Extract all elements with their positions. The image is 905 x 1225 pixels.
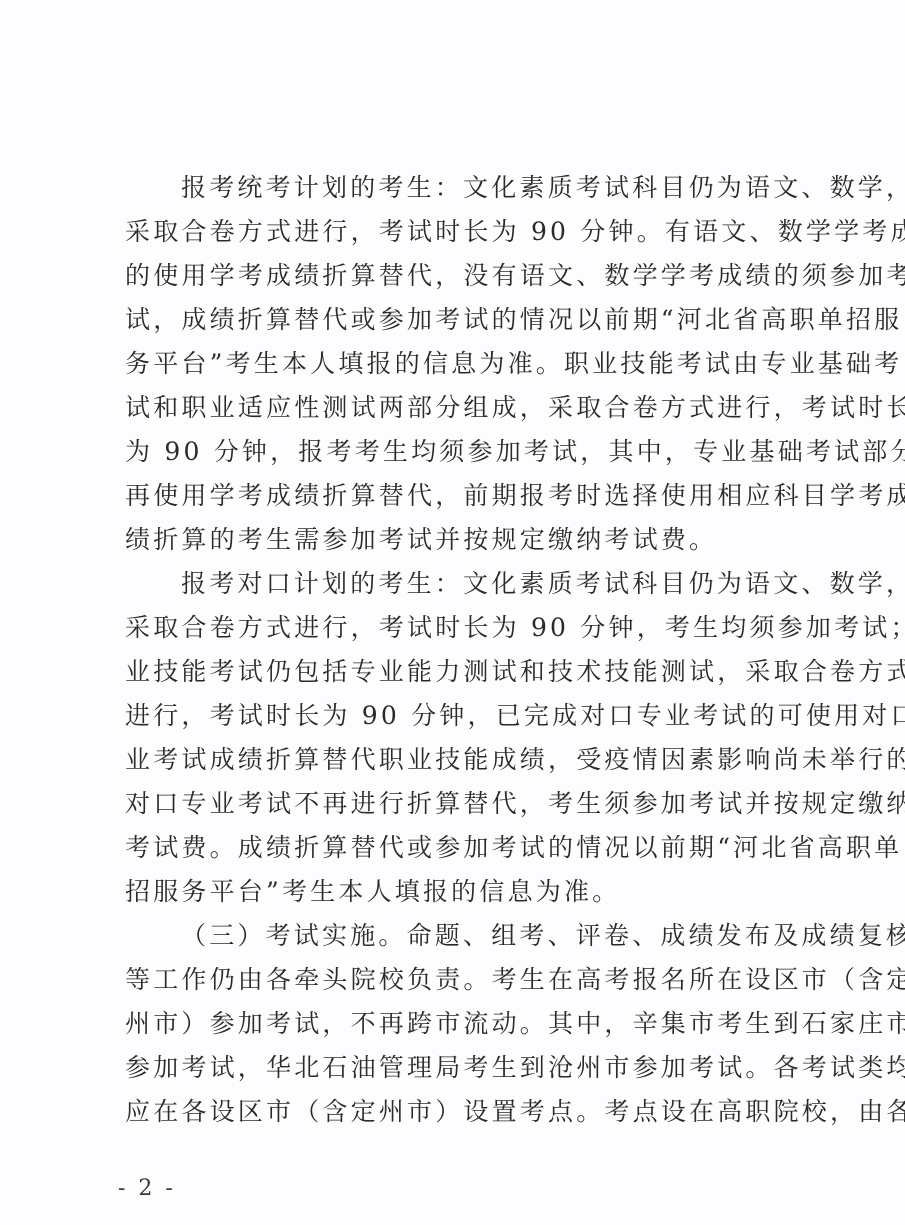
- text-line: 报考统考计划的考生：文化素质考试科目仍为语文、数学，: [125, 166, 789, 210]
- text-line: 再使用学考成绩折算替代，前期报考时选择使用相应科目学考成: [125, 474, 789, 518]
- text-line: 报考对口计划的考生：文化素质考试科目仍为语文、数学，: [125, 562, 789, 606]
- text-line: 州市）参加考试，不再跨市流动。其中，辛集市考生到石家庄市: [125, 1002, 789, 1046]
- text-line: 应在各设区市（含定州市）设置考点。考点设在高职院校，由各: [125, 1090, 789, 1134]
- text-line: 为 90 分钟，报考考生均须参加考试，其中，专业基础考试部分不: [125, 430, 789, 474]
- page-number: - 2 -: [118, 1176, 176, 1201]
- paragraph-unified-plan: 报考统考计划的考生：文化素质考试科目仍为语文、数学， 采取合卷方式进行，考试时长…: [125, 166, 789, 562]
- text-line: 考试费。成绩折算替代或参加考试的情况以前期“河北省高职单: [125, 826, 789, 870]
- text-line: 试和职业适应性测试两部分组成，采取合卷方式进行，考试时长: [125, 386, 789, 430]
- text-line: 务平台”考生本人填报的信息为准。职业技能考试由专业基础考: [125, 342, 789, 386]
- text-line: 参加考试，华北石油管理局考生到沧州市参加考试。各考试类均: [125, 1046, 789, 1090]
- text-line: （三）考试实施。命题、组考、评卷、成绩发布及成绩复核: [125, 914, 789, 958]
- text-line: 对口专业考试不再进行折算替代，考生须参加考试并按规定缴纳: [125, 782, 789, 826]
- paragraph-counterpart-plan: 报考对口计划的考生：文化素质考试科目仍为语文、数学， 采取合卷方式进行，考试时长…: [125, 562, 789, 914]
- document-page: 报考统考计划的考生：文化素质考试科目仍为语文、数学， 采取合卷方式进行，考试时长…: [0, 0, 905, 1225]
- text-line: 试，成绩折算替代或参加考试的情况以前期“河北省高职单招服: [125, 298, 789, 342]
- text-line: 的使用学考成绩折算替代，没有语文、数学学考成绩的须参加考: [125, 254, 789, 298]
- text-line: 进行，考试时长为 90 分钟，已完成对口专业考试的可使用对口专: [125, 694, 789, 738]
- text-line: 招服务平台”考生本人填报的信息为准。: [125, 870, 789, 914]
- text-line: 业技能考试仍包括专业能力测试和技术技能测试，采取合卷方式: [125, 650, 789, 694]
- text-line: 采取合卷方式进行，考试时长为 90 分钟，考生均须参加考试；职: [125, 606, 789, 650]
- text-line: 绩折算的考生需参加考试并按规定缴纳考试费。: [125, 518, 789, 562]
- text-line: 等工作仍由各牵头院校负责。考生在高考报名所在设区市（含定: [125, 958, 789, 1002]
- paragraph-exam-implementation: （三）考试实施。命题、组考、评卷、成绩发布及成绩复核 等工作仍由各牵头院校负责。…: [125, 914, 789, 1134]
- text-line: 采取合卷方式进行，考试时长为 90 分钟。有语文、数学学考成绩: [125, 210, 789, 254]
- document-body: 报考统考计划的考生：文化素质考试科目仍为语文、数学， 采取合卷方式进行，考试时长…: [125, 166, 789, 1134]
- text-line: 业考试成绩折算替代职业技能成绩，受疫情因素影响尚未举行的: [125, 738, 789, 782]
